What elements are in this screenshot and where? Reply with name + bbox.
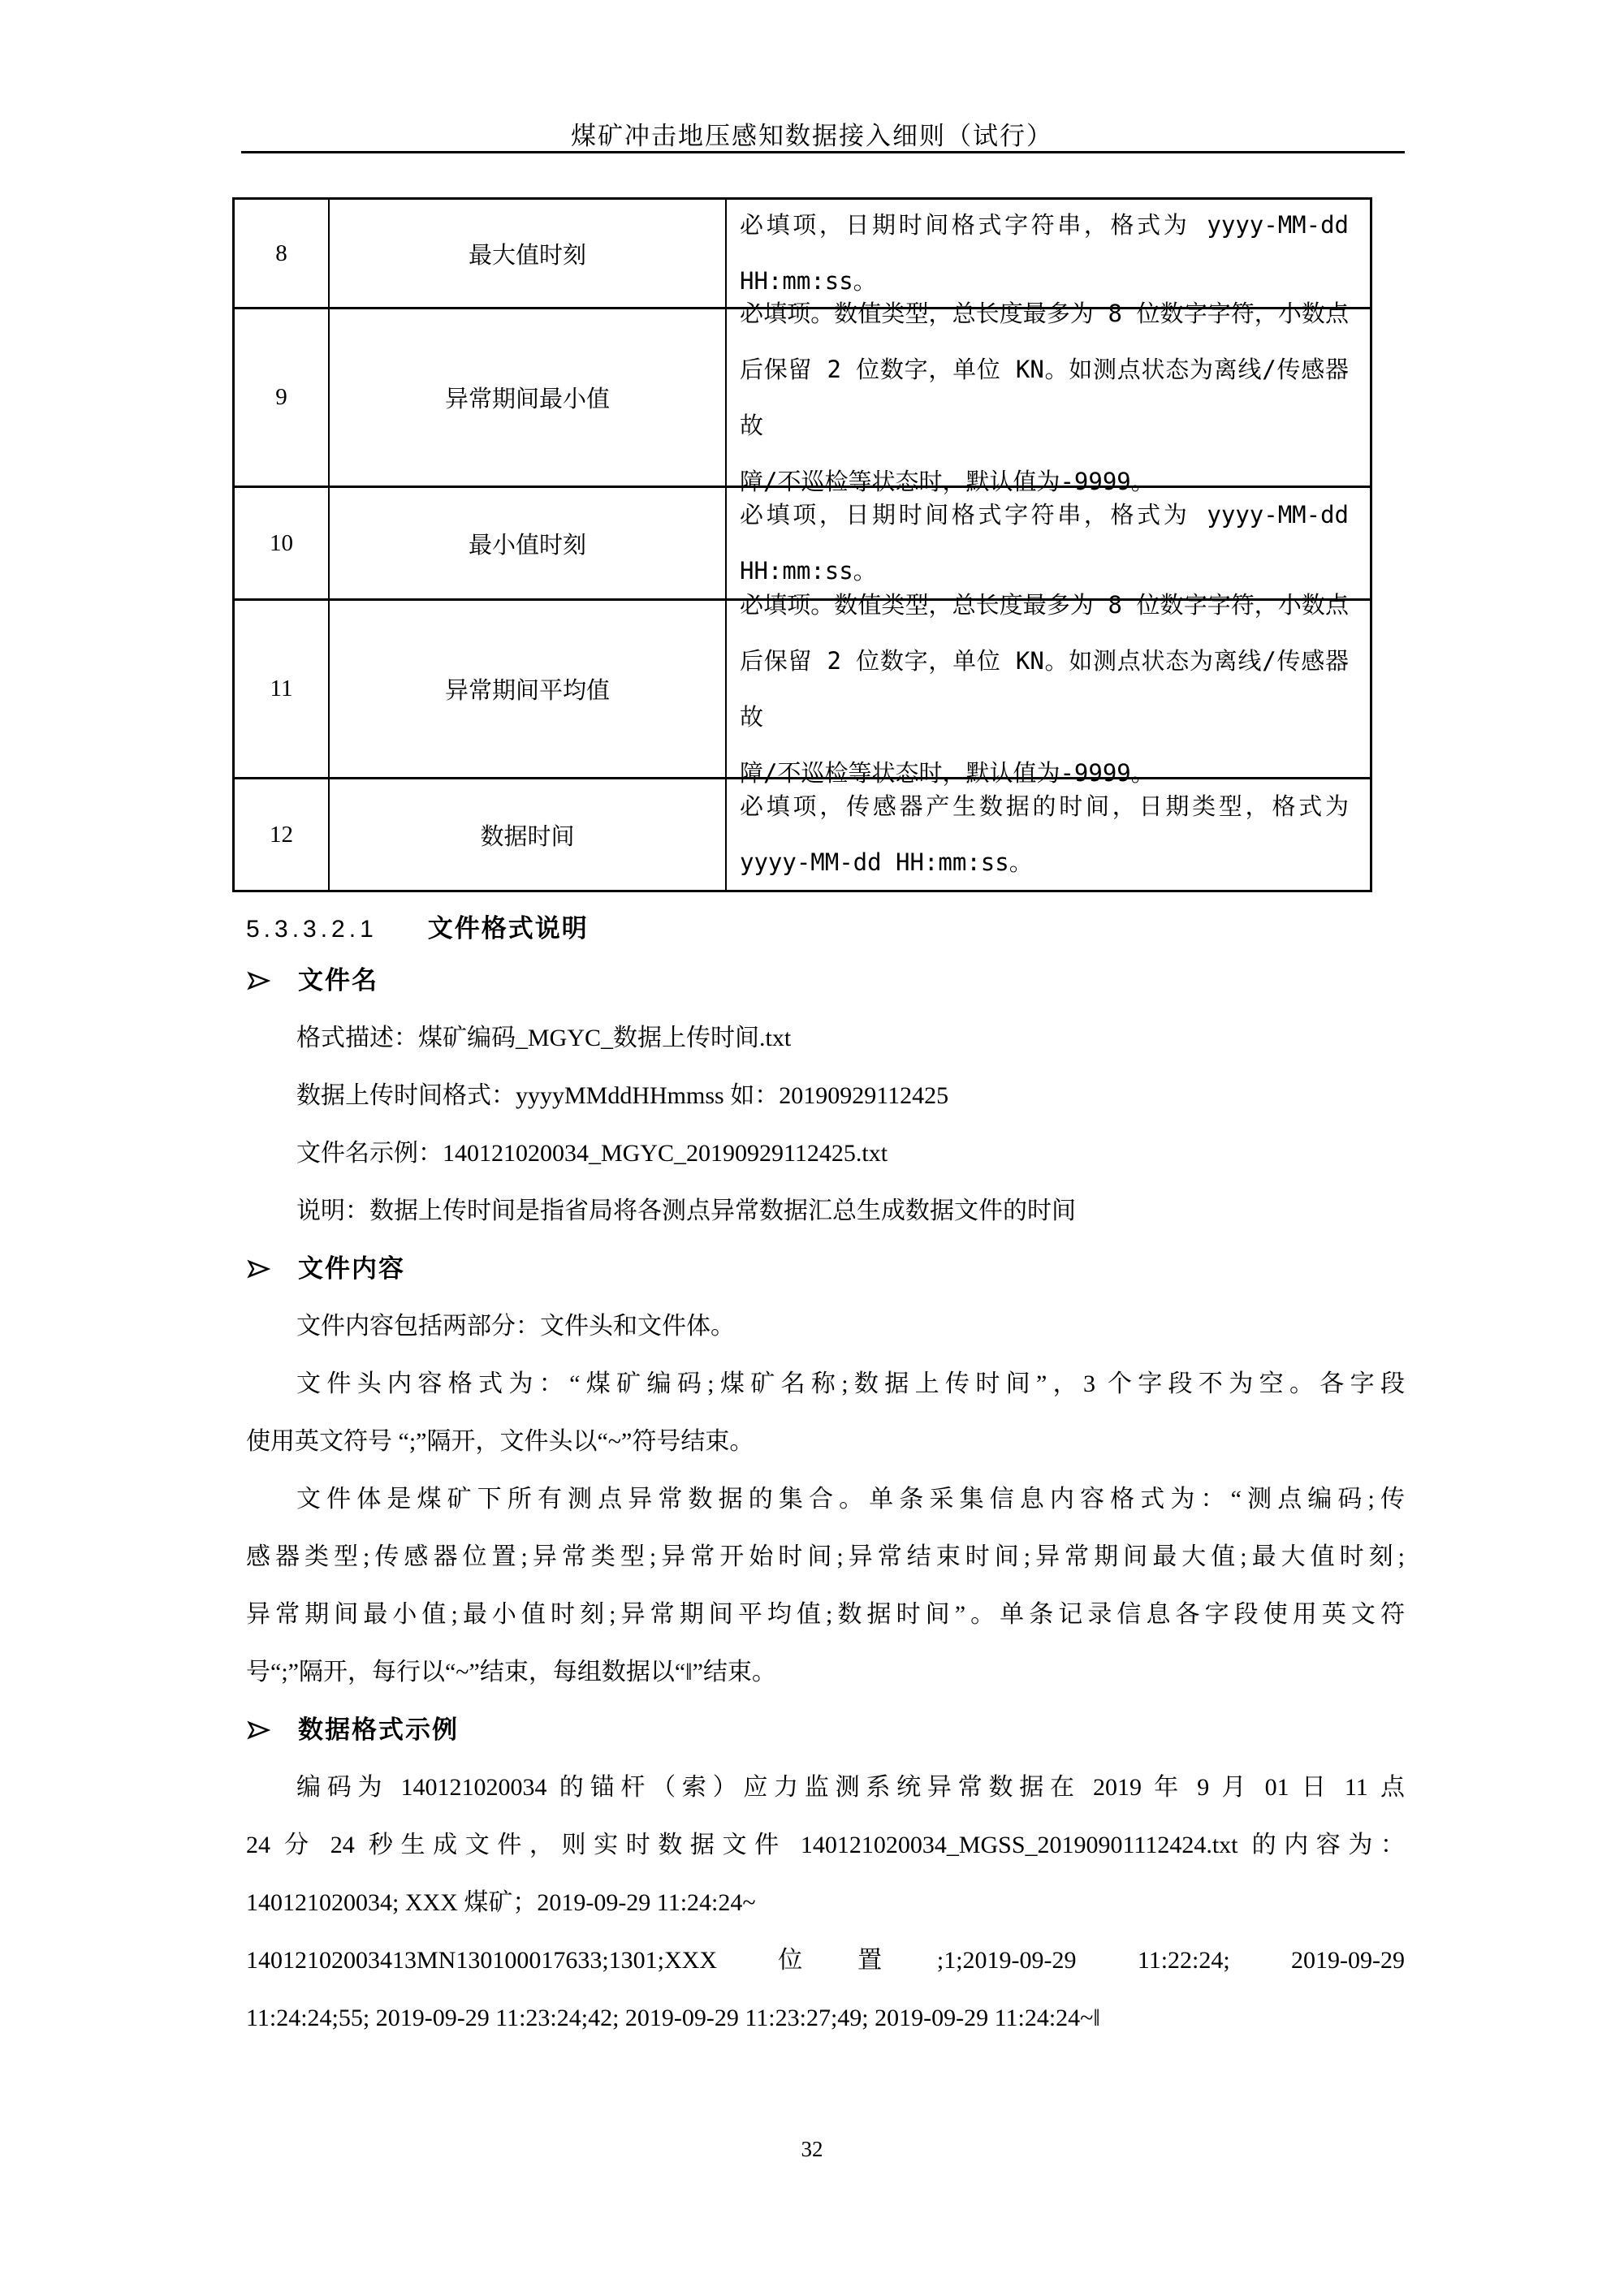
bullet-label: 数据格式示例 xyxy=(298,1701,459,1759)
page-number: 32 xyxy=(0,2137,1624,2162)
running-header-title: 煤矿冲击地压感知数据接入细则（试行） xyxy=(0,115,1624,152)
description-line: 必填项，日期时间格式字符串，格式为 yyyy-MM-dd xyxy=(740,197,1349,253)
text-line: 14012102003413MN130100017633;1301;XXX 位置… xyxy=(246,1931,1405,1989)
bullet-label: 文件内容 xyxy=(298,1240,405,1297)
field-name-cell: 异常期间平均值 xyxy=(330,601,727,777)
table-row: 9异常期间最小值必填项。数值类型，总长度最多为 8 位数字字符，小数点后保留 2… xyxy=(235,309,1370,488)
row-number-cell: 10 xyxy=(235,488,330,598)
text-line: 数据上传时间格式：yyyyMMddHHmmss 如：20190929112425 xyxy=(246,1067,1405,1124)
section-title: 文件格式说明 xyxy=(428,914,589,943)
text-line: 文件头内容格式为：“煤矿编码;煤矿名称;数据上传时间”，3 个字段不为空。各字段 xyxy=(246,1355,1405,1413)
description-line: yyyy-MM-dd HH:mm:ss。 xyxy=(740,835,1349,891)
row-number-cell: 8 xyxy=(235,200,330,307)
text-line: 文件体是煤矿下所有测点异常数据的集合。单条采集信息内容格式为：“测点编码;传 xyxy=(246,1470,1405,1528)
description-line: 后保留 2 位数字，单位 KN。如测点状态为离线/传感器故 xyxy=(740,342,1349,454)
text-line: 使用英文符号 “;”隔开，文件头以“~”符号结束。 xyxy=(246,1413,1405,1470)
arrowhead-bullet-icon xyxy=(246,1718,270,1742)
header-rule xyxy=(241,151,1405,153)
document-page: 煤矿冲击地压感知数据接入细则（试行） 8最大值时刻必填项，日期时间格式字符串，格… xyxy=(0,0,1624,2296)
text-line: 140121020034; XXX 煤矿；2019-09-29 11:24:24… xyxy=(246,1874,1405,1931)
bullet-item: 文件名 xyxy=(246,952,1405,1009)
field-name-cell: 最小值时刻 xyxy=(330,488,727,598)
table-row: 12数据时间必填项，传感器产生数据的时间，日期类型，格式为yyyy-MM-dd … xyxy=(235,779,1370,890)
description-line: 后保留 2 位数字，单位 KN。如测点状态为离线/传感器故 xyxy=(740,633,1349,745)
description-line: 必填项，传感器产生数据的时间，日期类型，格式为 xyxy=(740,779,1349,835)
text-line: 24 分 24 秒生成文件，则实时数据文件 140121020034_MGSS_… xyxy=(246,1816,1405,1874)
field-spec-table: 8最大值时刻必填项，日期时间格式字符串，格式为 yyyy-MM-ddHH:mm:… xyxy=(232,197,1372,892)
text-line: 说明：数据上传时间是指省局将各测点异常数据汇总生成数据文件的时间 xyxy=(246,1182,1405,1240)
text-line: 感器类型;传感器位置;异常类型;异常开始时间;异常结束时间;异常期间最大值;最大… xyxy=(246,1528,1405,1586)
body-content: 文件名格式描述：煤矿编码_MGYC_数据上传时间.txt数据上传时间格式：yyy… xyxy=(246,952,1405,2047)
text-line: 号“;”隔开，每行以“~”结束，每组数据以“‖”结束。 xyxy=(246,1643,1405,1701)
text-line: 格式描述：煤矿编码_MGYC_数据上传时间.txt xyxy=(246,1009,1405,1067)
section-number: 5.3.3.2.1 xyxy=(246,916,378,943)
text-line: 文件内容包括两部分：文件头和文件体。 xyxy=(246,1297,1405,1355)
row-number-cell: 12 xyxy=(235,779,330,890)
table-row: 11异常期间平均值必填项。数值类型，总长度最多为 8 位数字字符，小数点后保留 … xyxy=(235,601,1370,779)
text-line: 异常期间最小值;最小值时刻;异常期间平均值;数据时间”。单条记录信息各字段使用英… xyxy=(246,1586,1405,1643)
text-line: 文件名示例：140121020034_MGYC_20190929112425.t… xyxy=(246,1124,1405,1182)
field-description-cell: 必填项，传感器产生数据的时间，日期类型，格式为yyyy-MM-dd HH:mm:… xyxy=(727,779,1370,890)
field-description-cell: 必填项。数值类型，总长度最多为 8 位数字字符，小数点后保留 2 位数字，单位 … xyxy=(727,601,1370,777)
row-number-cell: 11 xyxy=(235,601,330,777)
field-name-cell: 数据时间 xyxy=(330,779,727,890)
bullet-item: 文件内容 xyxy=(246,1240,1405,1297)
description-line: 必填项。数值类型，总长度最多为 8 位数字字符，小数点 xyxy=(740,286,1349,342)
bullet-label: 文件名 xyxy=(298,952,378,1009)
field-name-cell: 异常期间最小值 xyxy=(330,309,727,486)
text-line: 编码为 140121020034 的锚杆（索）应力监测系统异常数据在 2019 … xyxy=(246,1759,1405,1816)
arrowhead-bullet-icon xyxy=(246,1257,270,1281)
arrowhead-bullet-icon xyxy=(246,969,270,993)
bullet-item: 数据格式示例 xyxy=(246,1701,1405,1759)
field-name-cell: 最大值时刻 xyxy=(330,200,727,307)
text-line: 11:24:24;55; 2019-09-29 11:23:24;42; 201… xyxy=(246,1989,1405,2047)
field-description-cell: 必填项。数值类型，总长度最多为 8 位数字字符，小数点后保留 2 位数字，单位 … xyxy=(727,309,1370,486)
description-line: 必填项。数值类型，总长度最多为 8 位数字字符，小数点 xyxy=(740,577,1349,633)
section-heading: 5.3.3.2.1文件格式说明 xyxy=(246,900,589,957)
description-line: 必填项，日期时间格式字符串，格式为 yyyy-MM-dd xyxy=(740,487,1349,543)
row-number-cell: 9 xyxy=(235,309,330,486)
